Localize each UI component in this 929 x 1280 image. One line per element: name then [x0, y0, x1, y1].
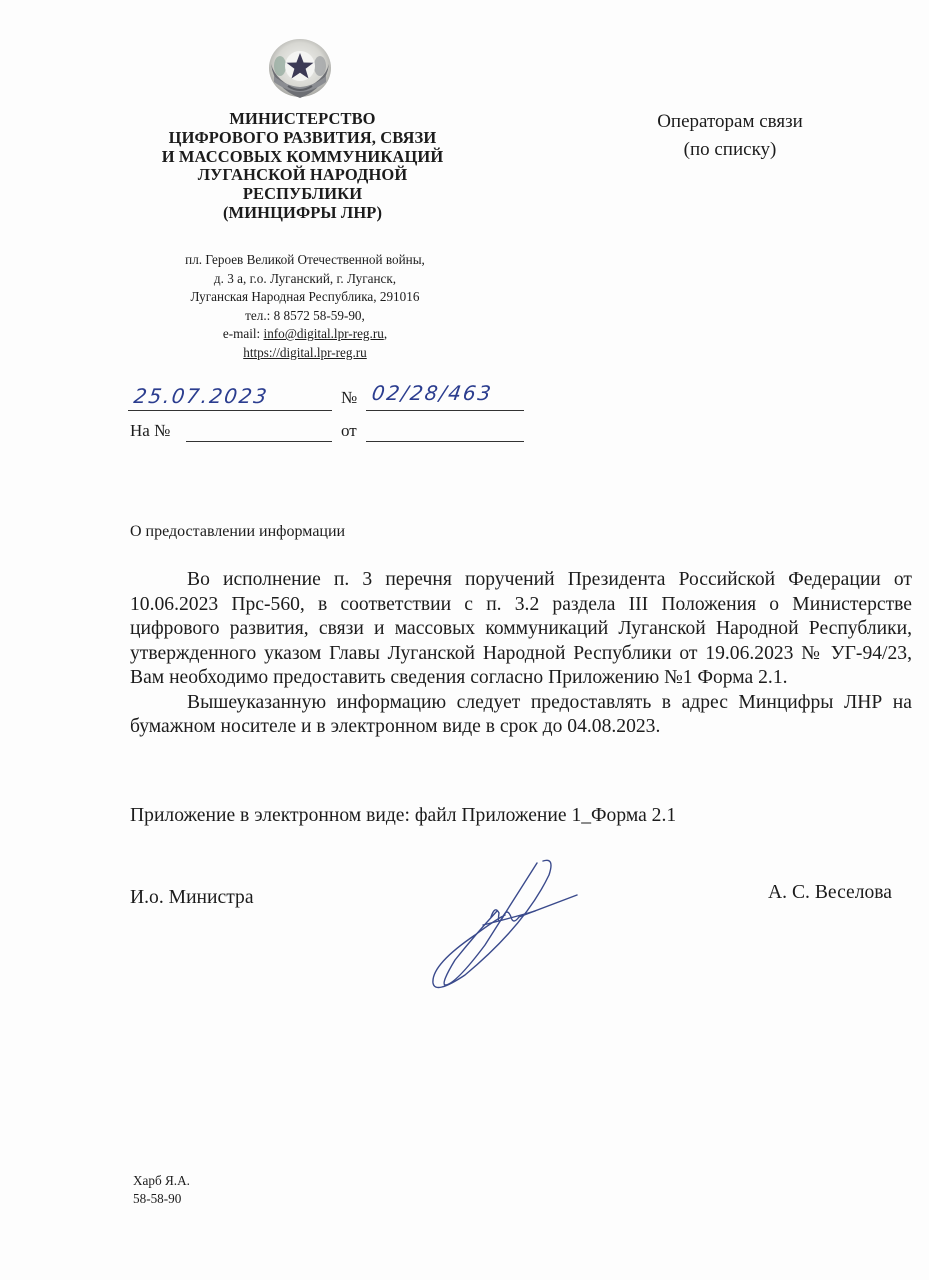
subject-line: О предоставлении информации — [130, 523, 345, 541]
executor-info: Харб Я.А. 58-58-90 — [133, 1172, 190, 1208]
body-paragraph: Во исполнение п. 3 перечня поручений Пре… — [130, 568, 912, 691]
reply-to-date-field — [366, 441, 524, 442]
signature-icon — [395, 855, 590, 995]
email-suffix: , — [384, 326, 387, 341]
body-paragraph: Вышеуказанную информацию следует предост… — [130, 691, 912, 740]
email-label: e-mail: — [223, 326, 264, 341]
number-underline — [366, 410, 524, 411]
address-line: д. 3 а, г.о. Луганский, г. Луганск, — [140, 270, 470, 289]
reply-to-label: На № — [130, 421, 170, 441]
coat-of-arms-emblem — [266, 36, 334, 102]
addressee-line: Операторам связи — [620, 108, 840, 136]
phone-line: тел.: 8 8572 58-59-90, — [140, 307, 470, 326]
org-name-line: И МАССОВЫХ КОММУНИКАЦИЙ — [130, 148, 475, 167]
date-underline — [128, 410, 332, 411]
org-name-line: РЕСПУБЛИКИ — [130, 185, 475, 204]
signatory-role: И.о. Министра — [130, 887, 254, 909]
handwritten-signature — [395, 855, 590, 995]
outgoing-date: 25.07.2023 — [132, 384, 270, 408]
organization-address: пл. Героев Великой Отечественной войны, … — [140, 251, 470, 362]
address-line: Луганская Народная Республика, 291016 — [140, 288, 470, 307]
outgoing-number: 02/28/463 — [370, 381, 494, 405]
org-name-line: (МИНЦИФРЫ ЛНР) — [130, 204, 475, 223]
attachment-note: Приложение в электронном виде: файл Прил… — [130, 805, 676, 827]
executor-phone: 58-58-90 — [133, 1190, 190, 1208]
reply-to-number-field — [186, 441, 332, 442]
addressee-line: (по списку) — [620, 136, 840, 164]
star-emblem-icon — [266, 36, 334, 102]
organization-name: МИНИСТЕРСТВО ЦИФРОВОГО РАЗВИТИЯ, СВЯЗИ И… — [130, 110, 475, 223]
executor-name: Харб Я.А. — [133, 1172, 190, 1190]
signatory-name: А. С. Веселова — [768, 882, 892, 904]
address-line: пл. Героев Великой Отечественной войны, — [140, 251, 470, 270]
number-label: № — [341, 388, 357, 408]
org-name-line: ЦИФРОВОГО РАЗВИТИЯ, СВЯЗИ — [130, 129, 475, 148]
letter-body: Во исполнение п. 3 перечня поручений Пре… — [130, 568, 912, 740]
email-link[interactable]: info@digital.lpr-reg.ru — [264, 326, 384, 341]
email-line: e-mail: info@digital.lpr-reg.ru, — [140, 325, 470, 344]
from-label: от — [341, 421, 357, 441]
org-name-line: МИНИСТЕРСТВО — [130, 110, 475, 129]
website-link[interactable]: https://digital.lpr-reg.ru — [243, 345, 367, 360]
addressee: Операторам связи (по списку) — [620, 108, 840, 164]
org-name-line: ЛУГАНСКОЙ НАРОДНОЙ — [130, 166, 475, 185]
